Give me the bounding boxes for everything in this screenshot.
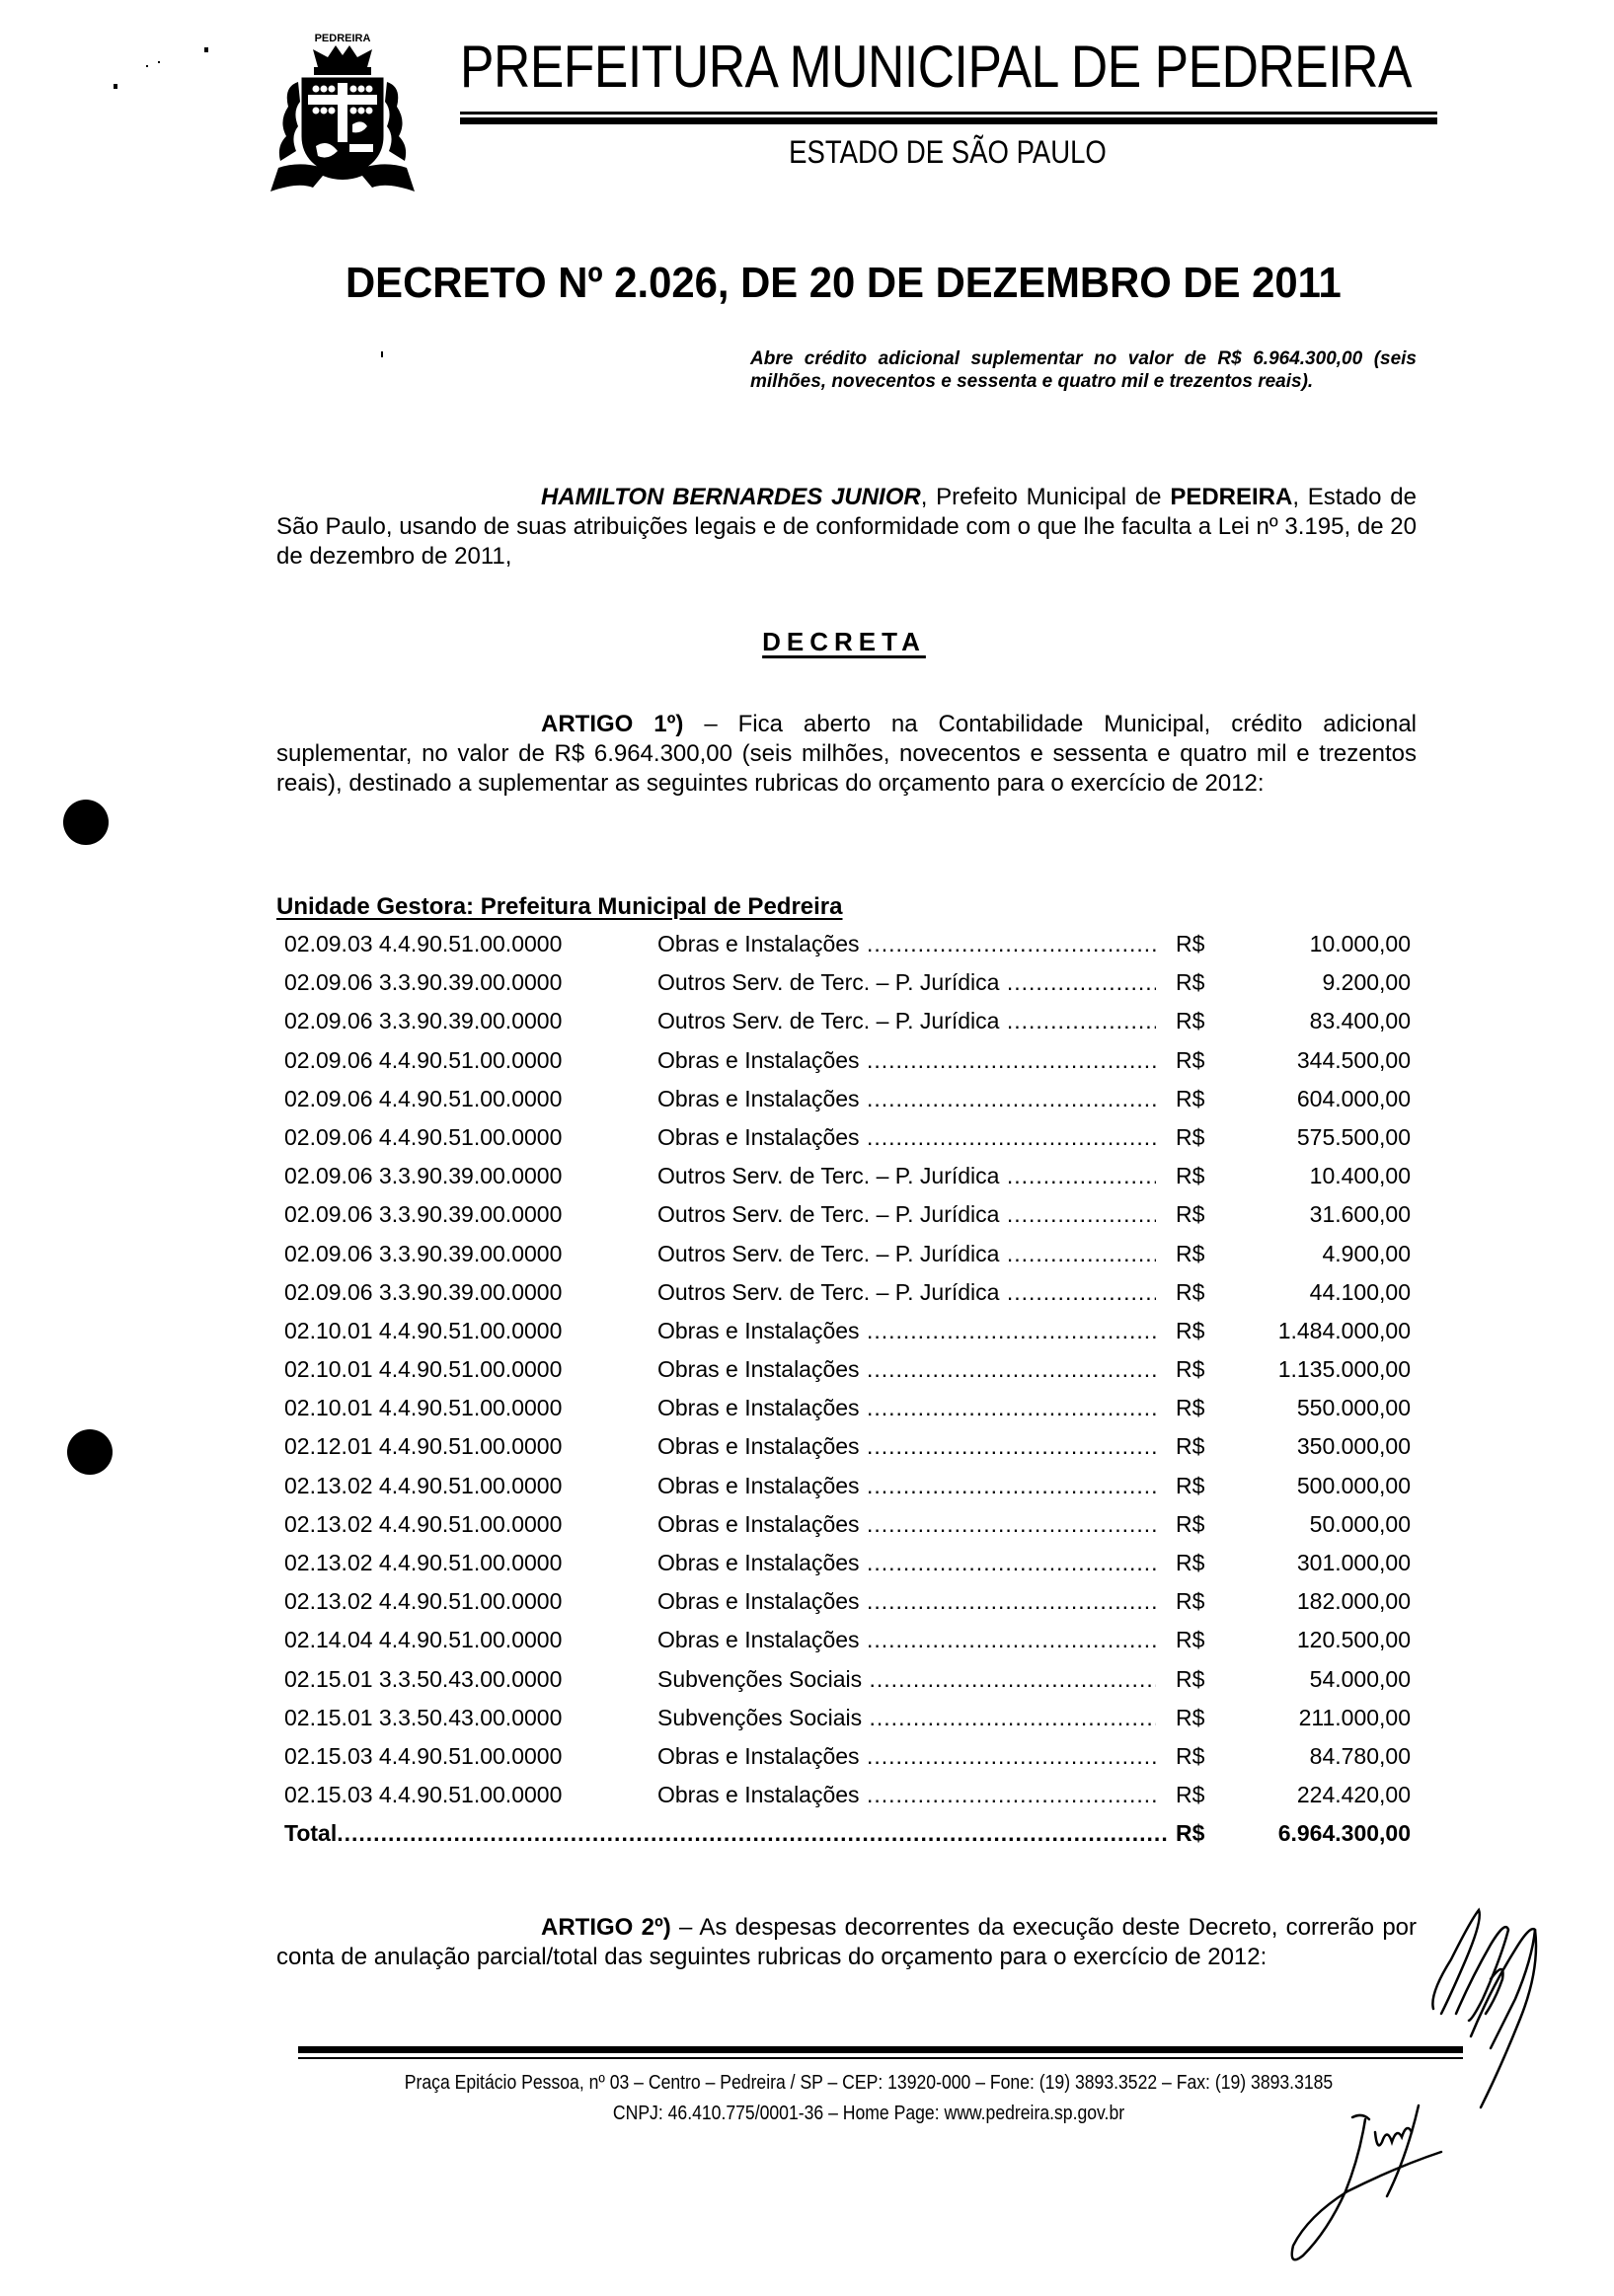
decree-summary: Abre crédito adicional suplementar no va… — [750, 347, 1417, 393]
account-description: Obras e Instalações — [657, 1080, 1156, 1118]
table-row: 02.14.04 4.4.90.51.00.0000Obras e Instal… — [276, 1621, 1417, 1659]
account-description: Outros Serv. de Terc. – P. Jurídica — [657, 1273, 1156, 1312]
account-description: Obras e Instalações — [657, 1389, 1156, 1427]
table-row: 02.13.02 4.4.90.51.00.0000Obras e Instal… — [276, 1467, 1417, 1505]
mayor-name: HAMILTON BERNARDES JUNIOR — [541, 484, 921, 510]
unit-heading: Unidade Gestora: Prefeitura Municipal de… — [276, 893, 843, 921]
scan-speck — [204, 47, 208, 52]
account-description: Outros Serv. de Terc. – P. Jurídica — [657, 1195, 1156, 1234]
amount: 224.420,00 — [1297, 1776, 1411, 1814]
amount: 31.600,00 — [1310, 1195, 1411, 1234]
scan-speck — [381, 351, 383, 357]
account-code: 02.13.02 4.4.90.51.00.0000 — [284, 1505, 562, 1544]
amount: 84.780,00 — [1310, 1737, 1411, 1776]
table-row: 02.13.02 4.4.90.51.00.0000Obras e Instal… — [276, 1582, 1417, 1621]
account-code: 02.15.03 4.4.90.51.00.0000 — [284, 1776, 562, 1814]
account-code: 02.15.03 4.4.90.51.00.0000 — [284, 1737, 562, 1776]
header-divider — [460, 112, 1437, 115]
table-row: 02.09.06 4.4.90.51.00.0000Obras e Instal… — [276, 1041, 1417, 1080]
currency-symbol: R$ — [1176, 925, 1204, 963]
currency-symbol: R$ — [1176, 1699, 1204, 1737]
account-code: 02.13.02 4.4.90.51.00.0000 — [284, 1467, 562, 1505]
punch-hole — [67, 1429, 113, 1475]
table-row: 02.10.01 4.4.90.51.00.0000Obras e Instal… — [276, 1312, 1417, 1350]
table-row: 02.13.02 4.4.90.51.00.0000Obras e Instal… — [276, 1505, 1417, 1544]
amount: 54.000,00 — [1310, 1660, 1411, 1699]
currency-symbol: R$ — [1176, 1235, 1204, 1273]
table-row: 02.09.06 3.3.90.39.00.0000Outros Serv. d… — [276, 1002, 1417, 1040]
account-description: Obras e Instalações — [657, 1312, 1156, 1350]
handwritten-initials-icon — [1239, 2098, 1466, 2270]
currency-symbol: R$ — [1176, 1350, 1204, 1389]
currency-symbol: R$ — [1176, 1002, 1204, 1040]
scan-speck — [114, 84, 117, 89]
table-row: 02.09.06 4.4.90.51.00.0000Obras e Instal… — [276, 1080, 1417, 1118]
header-title: PREFEITURA MUNICIPAL DE PEDREIRA — [460, 36, 1300, 99]
account-description: Obras e Instalações — [657, 1427, 1156, 1466]
scan-speck — [146, 65, 148, 67]
city-name: PEDREIRA — [1170, 484, 1292, 510]
table-row: 02.09.06 3.3.90.39.00.0000Outros Serv. d… — [276, 1157, 1417, 1195]
account-code: 02.15.01 3.3.50.43.00.0000 — [284, 1660, 562, 1699]
footer-divider — [298, 2046, 1463, 2053]
currency-symbol: R$ — [1176, 1660, 1204, 1699]
table-row: 02.10.01 4.4.90.51.00.0000Obras e Instal… — [276, 1350, 1417, 1389]
header-subtitle: ESTADO DE SÃO PAULO — [727, 134, 1168, 170]
table-row: 02.15.03 4.4.90.51.00.0000Obras e Instal… — [276, 1776, 1417, 1814]
account-description: Obras e Instalações — [657, 1041, 1156, 1080]
account-code: 02.12.01 4.4.90.51.00.0000 — [284, 1427, 562, 1466]
table-row: 02.13.02 4.4.90.51.00.0000Obras e Instal… — [276, 1544, 1417, 1582]
account-description: Outros Serv. de Terc. – P. Jurídica — [657, 1002, 1156, 1040]
account-code: 02.15.01 3.3.50.43.00.0000 — [284, 1699, 562, 1737]
table-row: 02.10.01 4.4.90.51.00.0000Obras e Instal… — [276, 1389, 1417, 1427]
amount: 4.900,00 — [1322, 1235, 1411, 1273]
currency-symbol: R$ — [1176, 1157, 1204, 1195]
account-description: Obras e Instalações — [657, 1621, 1156, 1659]
amount: 301.000,00 — [1297, 1544, 1411, 1582]
amount: 1.484.000,00 — [1278, 1312, 1411, 1350]
table-row: 02.09.06 3.3.90.39.00.0000Outros Serv. d… — [276, 1273, 1417, 1312]
currency-symbol: R$ — [1176, 1505, 1204, 1544]
account-description: Obras e Instalações — [657, 1350, 1156, 1389]
account-code: 02.09.03 4.4.90.51.00.0000 — [284, 925, 562, 963]
account-description: Outros Serv. de Terc. – P. Jurídica — [657, 963, 1156, 1002]
account-code: 02.13.02 4.4.90.51.00.0000 — [284, 1544, 562, 1582]
currency-symbol: R$ — [1176, 1737, 1204, 1776]
currency-symbol: R$ — [1176, 1080, 1204, 1118]
table-row: 02.09.06 3.3.90.39.00.0000Outros Serv. d… — [276, 963, 1417, 1002]
account-code: 02.09.06 3.3.90.39.00.0000 — [284, 1195, 562, 1234]
account-description: Outros Serv. de Terc. – P. Jurídica — [657, 1235, 1156, 1273]
account-description: Obras e Instalações — [657, 1776, 1156, 1814]
currency-symbol: R$ — [1176, 1118, 1204, 1157]
amount: 10.000,00 — [1310, 925, 1411, 963]
account-code: 02.09.06 4.4.90.51.00.0000 — [284, 1080, 562, 1118]
amount: 182.000,00 — [1297, 1582, 1411, 1621]
account-description: Obras e Instalações — [657, 1118, 1156, 1157]
amount: 9.200,00 — [1322, 963, 1411, 1002]
article-1-label: ARTIGO 1º) — [541, 711, 683, 737]
currency-symbol: R$ — [1176, 1389, 1204, 1427]
table-row: 02.15.01 3.3.50.43.00.0000Subvenções Soc… — [276, 1660, 1417, 1699]
amount: 83.400,00 — [1310, 1002, 1411, 1040]
total-label: Total — [284, 1814, 1168, 1853]
account-description: Obras e Instalações — [657, 1505, 1156, 1544]
amount: 211.000,00 — [1299, 1699, 1411, 1737]
currency-symbol: R$ — [1176, 1776, 1204, 1814]
account-code: 02.10.01 4.4.90.51.00.0000 — [284, 1350, 562, 1389]
article-1-paragraph: ARTIGO 1º) – Fica aberto na Contabilidad… — [276, 710, 1417, 799]
currency-symbol: R$ — [1176, 1582, 1204, 1621]
amount: 44.100,00 — [1310, 1273, 1411, 1312]
logo-text: PEDREIRA — [315, 33, 371, 44]
account-code: 02.09.06 4.4.90.51.00.0000 — [284, 1041, 562, 1080]
account-description: Obras e Instalações — [657, 1582, 1156, 1621]
amount: 550.000,00 — [1297, 1389, 1411, 1427]
punch-hole — [63, 800, 109, 845]
article-2-text: – As despesas decorrentes da execução de… — [276, 1914, 1417, 1970]
municipal-coat-of-arms-icon: PEDREIRA — [259, 28, 426, 193]
table-row: 02.09.06 4.4.90.51.00.0000Obras e Instal… — [276, 1118, 1417, 1157]
article-1-text: – Fica aberto na Contabilidade Municipal… — [276, 711, 1417, 797]
currency-symbol: R$ — [1176, 1427, 1204, 1466]
account-description: Outros Serv. de Terc. – P. Jurídica — [657, 1157, 1156, 1195]
account-description: Obras e Instalações — [657, 1544, 1156, 1582]
footer-cnpj: CNPJ: 46.410.775/0001-36 – Home Page: ww… — [347, 2101, 1390, 2126]
account-code: 02.09.06 4.4.90.51.00.0000 — [284, 1118, 562, 1157]
preamble-paragraph: HAMILTON BERNARDES JUNIOR, Prefeito Muni… — [276, 483, 1417, 572]
account-code: 02.09.06 3.3.90.39.00.0000 — [284, 1235, 562, 1273]
account-description: Obras e Instalações — [657, 1467, 1156, 1505]
amount: 575.500,00 — [1297, 1118, 1411, 1157]
table-total-row: TotalR$6.964.300,00 — [276, 1814, 1417, 1853]
account-description: Obras e Instalações — [657, 925, 1156, 963]
amount: 344.500,00 — [1297, 1041, 1411, 1080]
table-row: 02.12.01 4.4.90.51.00.0000Obras e Instal… — [276, 1427, 1417, 1466]
table-row: 02.15.01 3.3.50.43.00.0000Subvenções Soc… — [276, 1699, 1417, 1737]
account-code: 02.10.01 4.4.90.51.00.0000 — [284, 1389, 562, 1427]
amount: 604.000,00 — [1297, 1080, 1411, 1118]
total-amount: 6.964.300,00 — [1278, 1814, 1411, 1853]
budget-table: 02.09.03 4.4.90.51.00.0000Obras e Instal… — [276, 925, 1417, 1854]
currency-symbol: R$ — [1176, 1544, 1204, 1582]
footer-divider — [298, 2057, 1463, 2059]
account-code: 02.10.01 4.4.90.51.00.0000 — [284, 1312, 562, 1350]
table-row: 02.09.03 4.4.90.51.00.0000Obras e Instal… — [276, 925, 1417, 963]
footer-address: Praça Epitácio Pessoa, nº 03 – Centro – … — [347, 2070, 1390, 2096]
account-code: 02.13.02 4.4.90.51.00.0000 — [284, 1582, 562, 1621]
header-divider — [460, 117, 1437, 124]
decreta-heading: DECRETA — [750, 627, 938, 657]
amount: 50.000,00 — [1310, 1505, 1411, 1544]
table-row: 02.09.06 3.3.90.39.00.0000Outros Serv. d… — [276, 1235, 1417, 1273]
currency-symbol: R$ — [1176, 1621, 1204, 1659]
amount: 120.500,00 — [1297, 1621, 1411, 1659]
currency-symbol: R$ — [1176, 1312, 1204, 1350]
currency-symbol: R$ — [1176, 1041, 1204, 1080]
decree-title: DECRETO Nº 2.026, DE 20 DE DEZEMBRO DE 2… — [346, 259, 1342, 308]
amount: 500.000,00 — [1297, 1467, 1411, 1505]
currency-symbol: R$ — [1176, 1195, 1204, 1234]
table-row: 02.15.03 4.4.90.51.00.0000Obras e Instal… — [276, 1737, 1417, 1776]
article-2-label: ARTIGO 2º) — [541, 1914, 671, 1941]
table-row: 02.09.06 3.3.90.39.00.0000Outros Serv. d… — [276, 1195, 1417, 1234]
preamble-text: , Prefeito Municipal de — [921, 484, 1171, 510]
account-code: 02.14.04 4.4.90.51.00.0000 — [284, 1621, 562, 1659]
amount: 10.400,00 — [1310, 1157, 1411, 1195]
amount: 350.000,00 — [1297, 1427, 1411, 1466]
account-code: 02.09.06 3.3.90.39.00.0000 — [284, 963, 562, 1002]
account-description: Subvenções Sociais — [657, 1699, 1156, 1737]
amount: 1.135.000,00 — [1278, 1350, 1411, 1389]
account-code: 02.09.06 3.3.90.39.00.0000 — [284, 1157, 562, 1195]
account-code: 02.09.06 3.3.90.39.00.0000 — [284, 1002, 562, 1040]
account-description: Subvenções Sociais — [657, 1660, 1156, 1699]
currency-symbol: R$ — [1176, 1814, 1204, 1853]
account-description: Obras e Instalações — [657, 1737, 1156, 1776]
currency-symbol: R$ — [1176, 1467, 1204, 1505]
article-2-paragraph: ARTIGO 2º) – As despesas decorrentes da … — [276, 1913, 1417, 1972]
currency-symbol: R$ — [1176, 963, 1204, 1002]
account-code: 02.09.06 3.3.90.39.00.0000 — [284, 1273, 562, 1312]
currency-symbol: R$ — [1176, 1273, 1204, 1312]
scan-speck — [158, 61, 160, 63]
